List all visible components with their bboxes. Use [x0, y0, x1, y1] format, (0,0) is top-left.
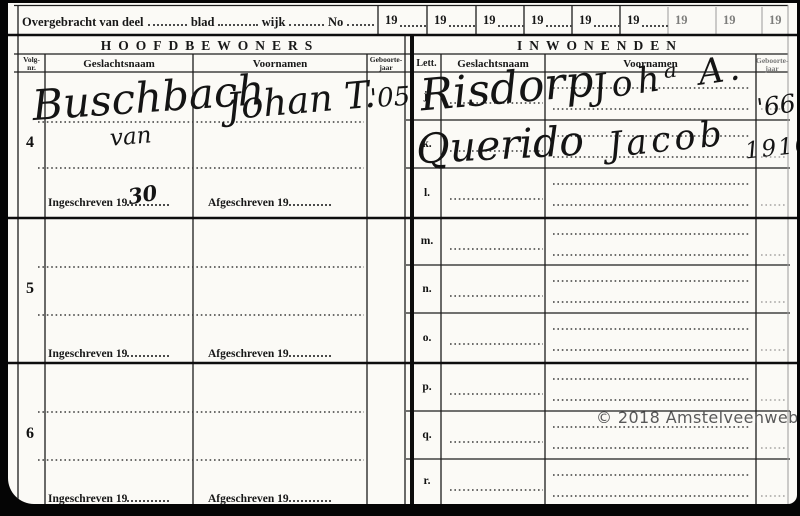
handwriting-geboortejaar: '66 [755, 90, 797, 120]
lett-label: n. [410, 283, 444, 295]
dotted-blank [127, 489, 169, 502]
year-cell: 19 [716, 6, 762, 35]
year-cell: 19 [476, 6, 524, 35]
row-number: 4 [16, 134, 44, 152]
year-cell: 19 [620, 6, 668, 35]
col-geboortejaar: Geboorte- jaar [367, 56, 405, 72]
dotted-blank [127, 344, 169, 357]
dotted-blank [347, 13, 374, 26]
row-number: 5 [16, 280, 44, 298]
col-volgnr: Volg- nr. [18, 56, 45, 72]
row-number: 6 [16, 425, 44, 443]
dotted-blank [289, 193, 331, 206]
dotted-blank [498, 14, 524, 27]
afgeschreven-label: Afgeschreven 19 [208, 489, 331, 504]
year-cell: 19 [427, 6, 476, 35]
dotted-blank [642, 14, 668, 27]
lett-label: l. [410, 187, 444, 199]
transfer-label-blad: blad [191, 15, 215, 30]
population-register-card: Overgebracht van deel blad wijk No 19 19… [8, 3, 797, 504]
afgeschreven-label: Afgeschreven 19 [208, 193, 331, 209]
watermark: © 2018 Amstelveenweb.com [596, 408, 797, 427]
dotted-blank [148, 13, 187, 26]
dotted-blank [400, 14, 426, 27]
ingeschreven-label: Ingeschreven 19 [48, 489, 169, 504]
year-cell: 19 [524, 6, 572, 35]
handwriting-ingeschreven-jaar: 30 [127, 182, 159, 207]
handwriting-geboortejaar: 1910 [744, 134, 797, 164]
year-cell: 19 [572, 6, 620, 35]
afgeschreven-label: Afgeschreven 19 [208, 344, 331, 360]
lett-label: p. [410, 381, 444, 393]
dotted-blank [289, 489, 331, 502]
dotted-blank [289, 13, 324, 26]
transfer-row: Overgebracht van deel blad wijk No [22, 13, 374, 33]
transfer-label-deel: Overgebracht van deel [22, 15, 144, 30]
handwriting-geboortejaar: '05 [369, 84, 411, 113]
lett-label: m. [410, 235, 444, 247]
dotted-blank [289, 344, 331, 357]
ingeschreven-label: Ingeschreven 19 [48, 344, 169, 360]
dotted-blank [546, 14, 572, 27]
dotted-blank [594, 14, 620, 27]
col-geboortejaar-inw: Geboorte- jaar [756, 57, 788, 73]
lett-label: r. [410, 475, 444, 487]
year-cell: 19 [668, 6, 716, 35]
col-geslachtsnaam: Geslachtsnaam [45, 58, 193, 70]
handwriting-geslachtsnaam: Querido [415, 121, 585, 171]
col-lett: Lett. [412, 58, 441, 69]
lett-label: q. [410, 429, 444, 441]
handwriting-tussenvoegsel: van [109, 124, 152, 151]
year-cell: 19 [378, 6, 427, 35]
dotted-blank [218, 13, 257, 26]
lett-label: o. [410, 332, 444, 344]
hoofdbewoners-title: HOOFDBEWONERS [14, 38, 406, 54]
year-cell: 19 [762, 6, 797, 35]
transfer-label-no: No [328, 15, 343, 30]
transfer-label-wijk: wijk [262, 15, 286, 30]
dotted-blank [449, 14, 475, 27]
